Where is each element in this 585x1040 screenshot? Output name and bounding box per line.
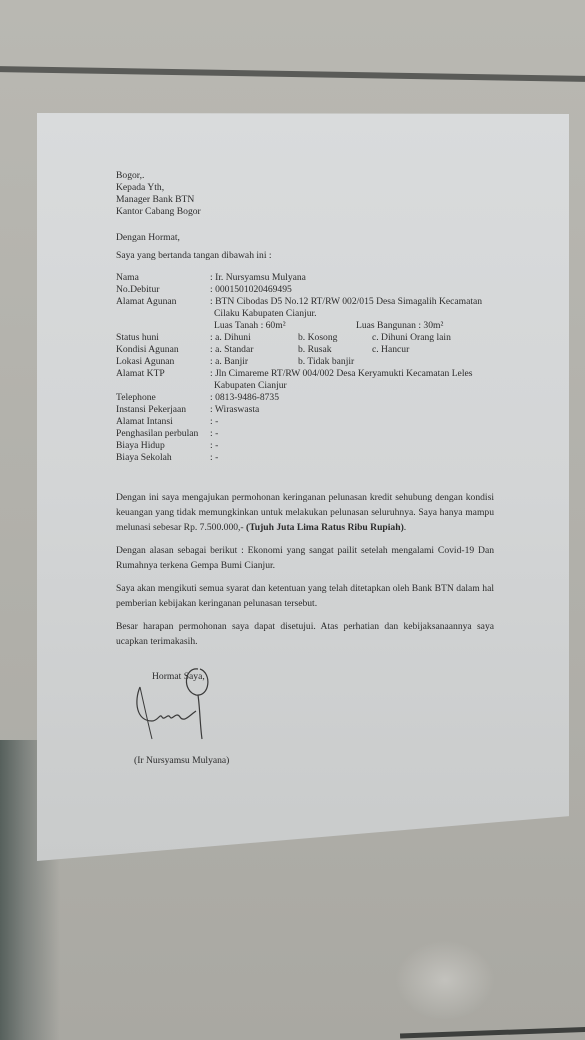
- field-value: : BTN Cibodas D5 No.12 RT/RW 002/015 Des…: [210, 296, 482, 308]
- option-a: : a. Dihuni: [210, 332, 298, 344]
- field-alamat-agunan: Alamat Agunan : BTN Cibodas D5 No.12 RT/…: [116, 296, 496, 308]
- field-value: : -: [210, 440, 218, 452]
- field-label: No.Debitur: [116, 284, 210, 296]
- field-value: : 0001501020469495: [210, 284, 292, 296]
- field-label: Lokasi Agunan: [116, 356, 210, 368]
- option-a: : a. Banjir: [210, 356, 298, 368]
- luas-tanah: Luas Tanah : 60m²: [214, 320, 356, 332]
- field-label: Status huni: [116, 332, 210, 344]
- greeting: Dengan Hormat,: [116, 232, 496, 244]
- field-value: : 0813-9486-8735: [210, 392, 279, 404]
- recipient-line: Manager Bank BTN: [116, 194, 496, 206]
- field-label: Penghasilan perbulan: [116, 428, 210, 440]
- field-label: Instansi Pekerjaan: [116, 404, 210, 416]
- floor-grout-line-bottom: [400, 1027, 585, 1039]
- signature-block: Hormat Saya, (Ir Nursyamsu Mulyana): [116, 671, 496, 781]
- light-glare: [395, 940, 495, 1020]
- field-nama: Nama : Ir. Nursyamsu Mulyana: [116, 272, 496, 284]
- paragraph-text: .: [404, 522, 406, 533]
- recipient-line: Kepada Yth,: [116, 182, 496, 194]
- field-telephone: Telephone : 0813-9486-8735: [116, 392, 496, 404]
- option-b: b. Rusak: [298, 344, 372, 356]
- field-alamat-intansi: Alamat Intansi : -: [116, 416, 496, 428]
- intro: Saya yang bertanda tangan dibawah ini :: [116, 250, 496, 262]
- field-value: : Jln Cimareme RT/RW 004/002 Desa Keryam…: [210, 368, 472, 380]
- field-no-debitur: No.Debitur : 0001501020469495: [116, 284, 496, 296]
- option-b: b. Kosong: [298, 332, 372, 344]
- letter-content: Bogor,. Kepada Yth, Manager Bank BTN Kan…: [116, 170, 496, 781]
- field-penghasilan: Penghasilan perbulan : -: [116, 428, 496, 440]
- paragraph-reason: Dengan alasan sebagai berikut : Ekonomi …: [116, 543, 494, 573]
- recipient-line: Kantor Cabang Bogor: [116, 206, 496, 218]
- field-value: : Ir. Nursyamsu Mulyana: [210, 272, 306, 284]
- field-value: : -: [210, 428, 218, 440]
- area-row: Luas Tanah : 60m² Luas Bangunan : 30m²: [116, 320, 496, 332]
- field-label: Biaya Hidup: [116, 440, 210, 452]
- field-status-huni: Status huni : a. Dihuni b. Kosong c. Dih…: [116, 332, 496, 344]
- amount-in-words: (Tujuh Juta Lima Ratus Ribu Rupiah): [246, 522, 404, 533]
- paragraph-closing: Besar harapan permohonan saya dapat dise…: [116, 619, 494, 649]
- field-value-continued: Kabupaten Cianjur: [116, 380, 496, 392]
- field-instansi-pekerjaan: Instansi Pekerjaan : Wiraswasta: [116, 404, 496, 416]
- letter-city: Bogor,.: [116, 170, 496, 182]
- field-value: : Wiraswasta: [210, 404, 259, 416]
- field-biaya-sekolah: Biaya Sekolah : -: [116, 452, 496, 464]
- field-label: Telephone: [116, 392, 210, 404]
- handwritten-signature-icon: [126, 665, 216, 755]
- field-alamat-ktp: Alamat KTP : Jln Cimareme RT/RW 004/002 …: [116, 368, 496, 380]
- field-label: Alamat Intansi: [116, 416, 210, 428]
- field-label: Alamat Agunan: [116, 296, 210, 308]
- field-value: : -: [210, 416, 218, 428]
- field-label: Nama: [116, 272, 210, 284]
- field-label: Biaya Sekolah: [116, 452, 210, 464]
- field-value: : -: [210, 452, 218, 464]
- option-c: c. Dihuni Orang lain: [372, 332, 451, 344]
- signer-name: (Ir Nursyamsu Mulyana): [134, 755, 229, 767]
- option-c: c. Hancur: [372, 344, 409, 356]
- paragraph-request: Dengan ini saya mengajukan permohonan ke…: [116, 490, 494, 535]
- paragraph-terms: Saya akan mengikuti semua syarat dan ket…: [116, 581, 494, 611]
- luas-bangunan: Luas Bangunan : 30m²: [356, 320, 443, 332]
- field-kondisi-agunan: Kondisi Agunan : a. Standar b. Rusak c. …: [116, 344, 496, 356]
- option-a: : a. Standar: [210, 344, 298, 356]
- field-label: Alamat KTP: [116, 368, 210, 380]
- option-b: b. Tidak banjir: [298, 356, 372, 368]
- field-biaya-hidup: Biaya Hidup : -: [116, 440, 496, 452]
- field-value-continued: Cilaku Kabupaten Cianjur.: [116, 308, 496, 320]
- floor-grout-line: [0, 66, 585, 82]
- field-lokasi-agunan: Lokasi Agunan : a. Banjir b. Tidak banji…: [116, 356, 496, 368]
- field-label: Kondisi Agunan: [116, 344, 210, 356]
